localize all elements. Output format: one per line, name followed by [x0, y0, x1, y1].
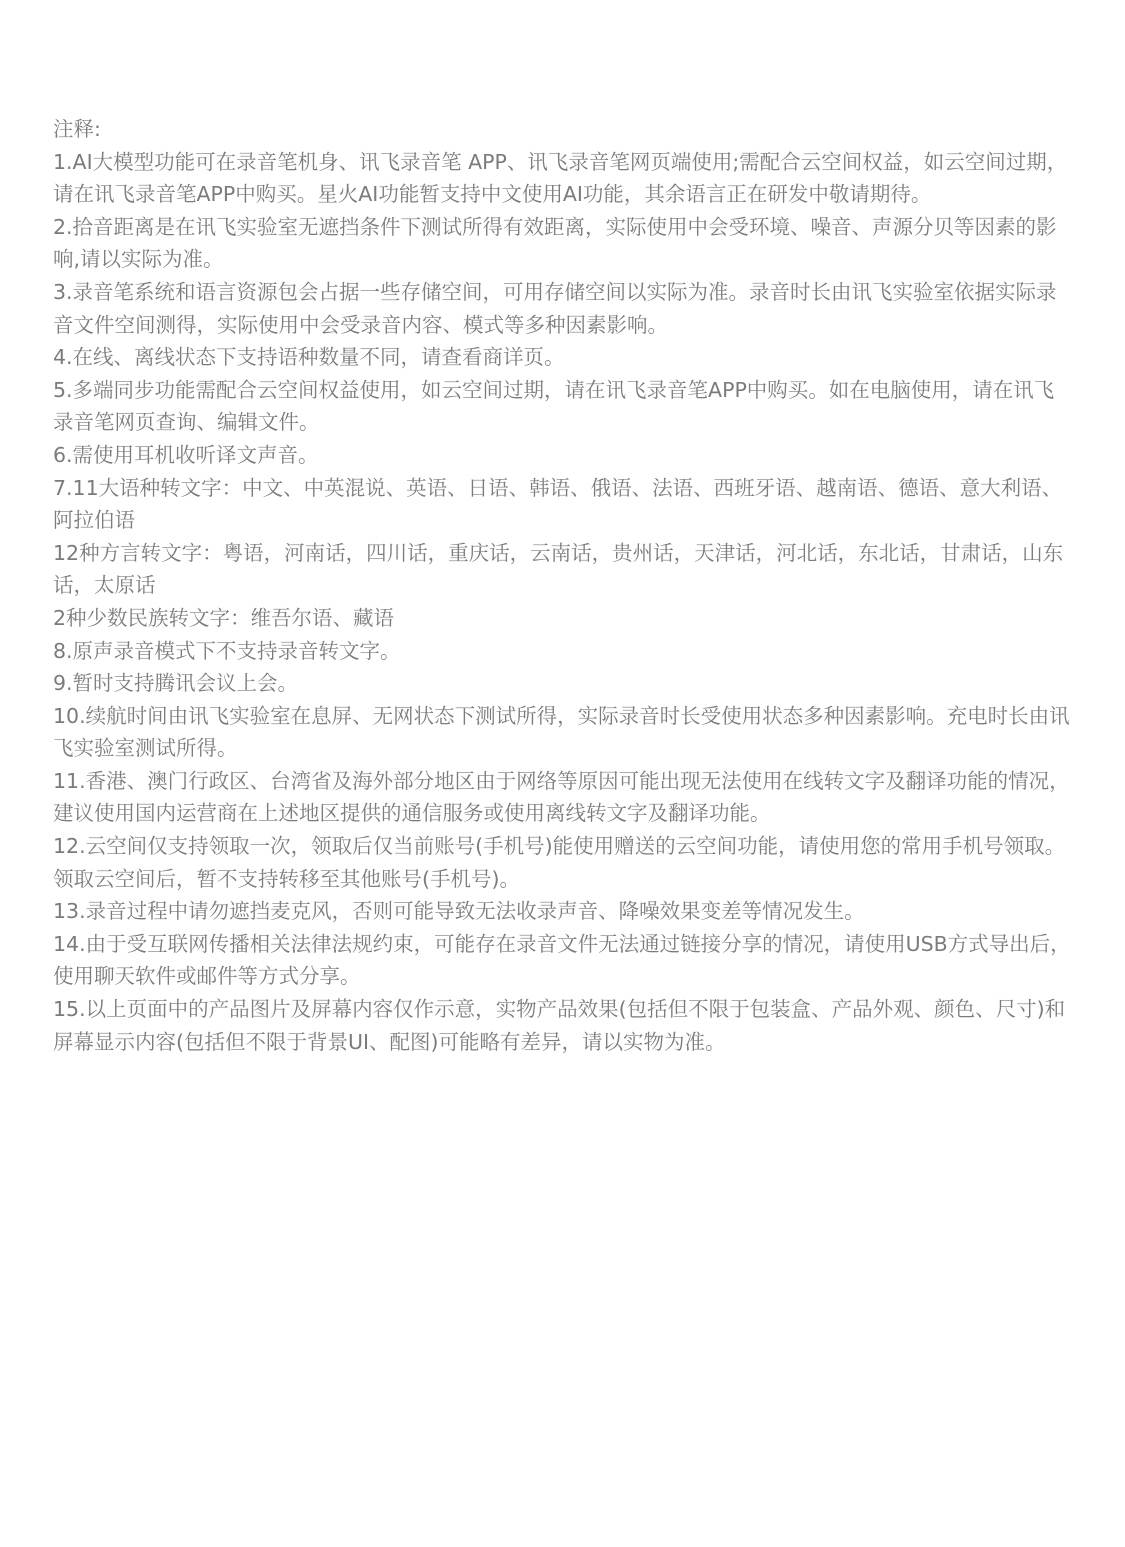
note-item-7-dialects: 12种方言转文字：粤语，河南话，四川话，重庆话，云南话，贵州话，天津话，河北话，…	[53, 537, 1071, 602]
note-item-10: 10.续航时间由讯飞实验室在息屏、无网状态下测试所得，实际录音时长受使用状态多种…	[53, 700, 1071, 765]
note-item-14: 14.由于受互联网传播相关法律法规约束，可能存在录音文件无法通过链接分享的情况，…	[53, 928, 1071, 993]
note-item-7-minority: 2种少数民族转文字：维吾尔语、藏语	[53, 602, 1071, 635]
note-item-7-languages: 7.11大语种转文字：中文、中英混说、英语、日语、韩语、俄语、法语、西班牙语、越…	[53, 472, 1071, 537]
note-item-3: 3.录音笔系统和语言资源包会占据一些存储空间，可用存储空间以实际为准。录音时长由…	[53, 276, 1071, 341]
notes-title: 注释:	[53, 113, 1071, 146]
note-item-2: 2.拾音距离是在讯飞实验室无遮挡条件下测试所得有效距离，实际使用中会受环境、噪音…	[53, 211, 1071, 276]
note-item-8: 8.原声录音模式下不支持录音转文字。	[53, 635, 1071, 668]
note-item-13: 13.录音过程中请勿遮挡麦克风，否则可能导致无法收录声音、降噪效果变差等情况发生…	[53, 895, 1071, 928]
note-item-15: 15.以上页面中的产品图片及屏幕内容仅作示意，实物产品效果(包括但不限于包装盒、…	[53, 993, 1071, 1058]
note-item-9: 9.暂时支持腾讯会议上会。	[53, 667, 1071, 700]
note-item-5: 5.多端同步功能需配合云空间权益使用，如云空间过期，请在讯飞录音笔APP中购买。…	[53, 374, 1071, 439]
note-item-11: 11.香港、澳门行政区、台湾省及海外部分地区由于网络等原因可能出现无法使用在线转…	[53, 765, 1071, 830]
notes-section: 注释: 1.AI大模型功能可在录音笔机身、讯飞录音笔 APP、讯飞录音笔网页端使…	[53, 113, 1071, 1058]
note-item-4: 4.在线、离线状态下支持语种数量不同，请查看商详页。	[53, 341, 1071, 374]
note-item-1: 1.AI大模型功能可在录音笔机身、讯飞录音笔 APP、讯飞录音笔网页端使用;需配…	[53, 146, 1071, 211]
note-item-12: 12.云空间仅支持领取一次，领取后仅当前账号(手机号)能使用赠送的云空间功能，请…	[53, 830, 1071, 895]
note-item-6: 6.需使用耳机收听译文声音。	[53, 439, 1071, 472]
